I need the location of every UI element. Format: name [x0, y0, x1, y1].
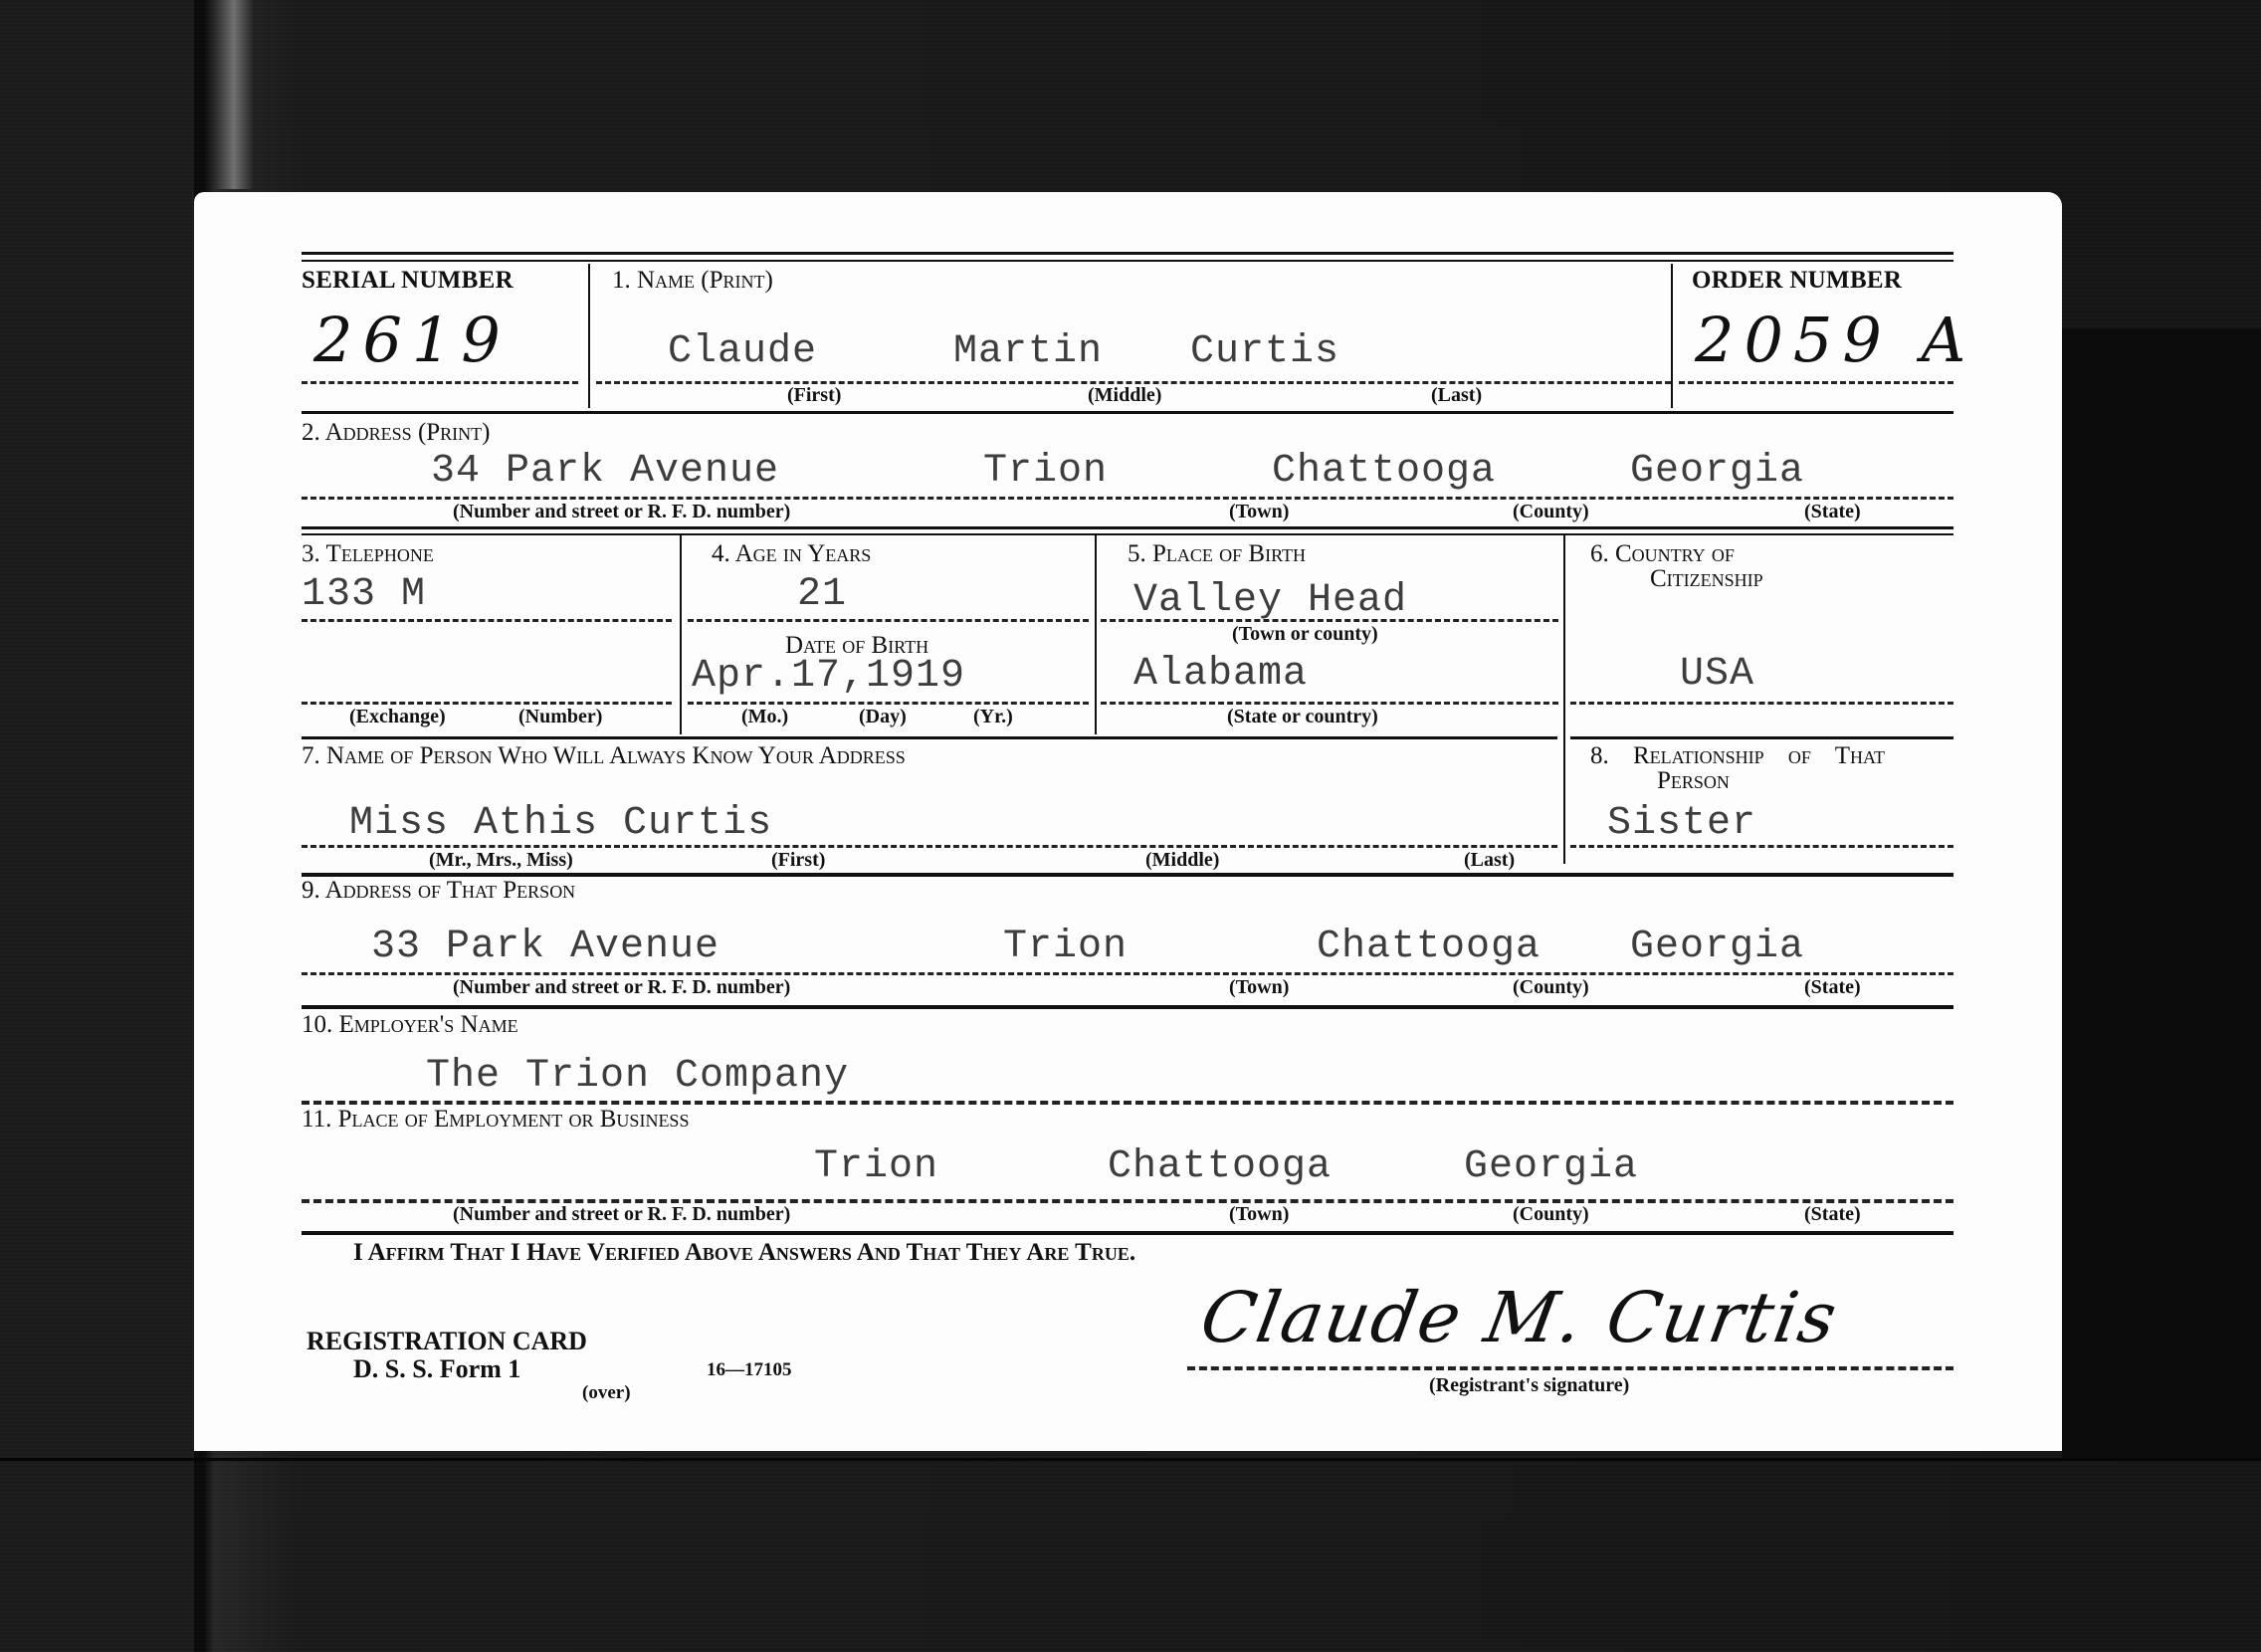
background-seam — [0, 1458, 2261, 1461]
address-state-caption: (State) — [1804, 501, 1861, 523]
background-glare — [214, 0, 254, 189]
relationship-label-line1: 8. Relationship of That — [1590, 742, 1885, 770]
telephone-label: 3. Telephone — [302, 540, 434, 568]
order-number-value: 2059 A — [1695, 304, 1975, 376]
relationship-line — [1570, 845, 1953, 848]
employer-label: 10. Employer's Name — [302, 1011, 518, 1039]
order-number-line — [1679, 381, 1953, 384]
place-of-birth-state-caption: (State or country) — [1227, 706, 1378, 728]
employment-town-value: Trion — [814, 1144, 938, 1189]
contact-address-town-value: Trion — [1003, 925, 1128, 969]
divider — [680, 535, 682, 734]
row-rule-inner — [302, 533, 1953, 535]
contact-address-county-caption: (County) — [1513, 976, 1589, 999]
employment-town-caption: (Town) — [1229, 1203, 1289, 1226]
signature-line — [1187, 1366, 1953, 1370]
age-value: 21 — [797, 572, 847, 617]
name-first-caption: (First) — [787, 384, 841, 407]
signature-caption: (Registrant's signature) — [1429, 1374, 1629, 1397]
contact-first-caption: (First) — [771, 849, 825, 872]
address-county-caption: (County) — [1513, 501, 1589, 523]
contact-person-line — [302, 845, 1557, 848]
contact-address-county-value: Chattooga — [1317, 925, 1541, 969]
registration-card-title: REGISTRATION CARD — [307, 1327, 587, 1356]
contact-title-caption: (Mr., Mrs., Miss) — [429, 849, 573, 872]
contact-address-street-value: 33 Park Avenue — [371, 925, 719, 969]
contact-address-state-caption: (State) — [1804, 976, 1861, 999]
employment-county-caption: (County) — [1513, 1203, 1589, 1226]
employment-county-value: Chattooga — [1108, 1144, 1332, 1189]
name-last-caption: (Last) — [1431, 384, 1482, 407]
order-number-label: ORDER NUMBER — [1692, 267, 1902, 295]
contact-address-line — [302, 972, 1953, 975]
divider — [1671, 264, 1673, 408]
contact-address-street-caption: (Number and street or R. F. D. number) — [453, 976, 790, 999]
address-line — [302, 497, 1953, 500]
citizenship-value: USA — [1680, 652, 1754, 697]
address-street-value: 34 Park Avenue — [431, 449, 779, 494]
form-number: D. S. S. Form 1 — [353, 1354, 520, 1384]
divider — [1563, 535, 1565, 864]
contact-middle-caption: (Middle) — [1145, 849, 1219, 872]
contact-last-caption: (Last) — [1464, 849, 1515, 872]
employment-street-caption: (Number and street or R. F. D. number) — [453, 1203, 790, 1226]
dob-year-caption: (Yr.) — [973, 706, 1013, 728]
row-rule — [302, 411, 1953, 414]
name-last-value: Curtis — [1190, 329, 1339, 374]
dob-month-caption: (Mo.) — [741, 706, 788, 728]
registrant-signature: Claude M. Curtis — [1195, 1277, 1844, 1358]
relationship-label-line2: Person — [1657, 767, 1730, 795]
relationship-value: Sister — [1607, 801, 1756, 846]
address-state-value: Georgia — [1630, 449, 1804, 494]
contact-address-state-value: Georgia — [1630, 925, 1804, 969]
citizenship-label-line2: Citizenship — [1650, 565, 1763, 593]
form-code: 16—17105 — [707, 1359, 792, 1381]
serial-number-value: 2619 — [313, 304, 511, 376]
date-of-birth-line — [688, 702, 1089, 705]
contact-address-label: 9. Address of That Person — [302, 877, 575, 905]
citizenship-line — [1570, 702, 1953, 705]
row-rule — [302, 736, 1557, 739]
address-town-value: Trion — [983, 449, 1108, 494]
top-rule-inner — [302, 260, 1953, 262]
dob-day-caption: (Day) — [859, 706, 907, 728]
row-rule — [1570, 736, 1953, 739]
address-county-value: Chattooga — [1272, 449, 1496, 494]
name-label: 1. Name (Print) — [612, 267, 773, 295]
place-of-birth-town-value: Valley Head — [1133, 578, 1407, 623]
top-rule — [302, 252, 1953, 255]
telephone-line — [302, 619, 672, 622]
name-middle-value: Martin — [953, 329, 1103, 374]
name-middle-caption: (Middle) — [1088, 384, 1161, 407]
affirmation-text: I Affirm That I Have Verified Above Answ… — [353, 1239, 1135, 1267]
background-panel — [2062, 328, 2261, 1458]
address-street-caption: (Number and street or R. F. D. number) — [453, 501, 790, 523]
telephone-exchange-caption: (Exchange) — [349, 706, 446, 728]
employer-value: The Trion Company — [426, 1054, 849, 1099]
employment-state-caption: (State) — [1804, 1203, 1861, 1226]
serial-number-label: SERIAL NUMBER — [302, 267, 514, 295]
row-rule — [302, 1231, 1953, 1235]
place-of-birth-label: 5. Place of Birth — [1128, 540, 1306, 568]
employer-line — [302, 1101, 1953, 1105]
telephone-value: 133 M — [302, 572, 426, 617]
contact-person-label: 7. Name of Person Who Will Always Know Y… — [302, 742, 906, 770]
contact-person-value: Miss Athis Curtis — [349, 801, 772, 846]
citizenship-label-line1: 6. Country of — [1590, 540, 1735, 568]
row-rule — [302, 1005, 1953, 1009]
telephone-line-2 — [302, 702, 672, 705]
over-note: (over) — [582, 1382, 631, 1404]
divider — [588, 264, 590, 408]
divider — [1095, 535, 1097, 734]
employment-state-value: Georgia — [1464, 1144, 1638, 1189]
date-of-birth-value: Apr.17,1919 — [692, 654, 965, 699]
place-of-birth-town-caption: (Town or county) — [1232, 623, 1378, 646]
age-label: 4. Age in Years — [712, 540, 871, 568]
employment-place-label: 11. Place of Employment or Business — [302, 1106, 689, 1134]
age-line — [688, 619, 1089, 622]
place-of-birth-state-value: Alabama — [1133, 652, 1308, 697]
registration-card: SERIAL NUMBER 2619 1. Name (Print) Claud… — [194, 192, 2062, 1451]
place-of-birth-state-line — [1101, 702, 1558, 705]
address-town-caption: (Town) — [1229, 501, 1289, 523]
address-label: 2. Address (Print) — [302, 419, 491, 447]
name-first-value: Claude — [668, 329, 817, 374]
row-rule — [302, 526, 1953, 529]
place-of-birth-town-line — [1101, 619, 1558, 622]
contact-address-town-caption: (Town) — [1229, 976, 1289, 999]
serial-number-line — [302, 381, 578, 384]
telephone-number-caption: (Number) — [518, 706, 602, 728]
